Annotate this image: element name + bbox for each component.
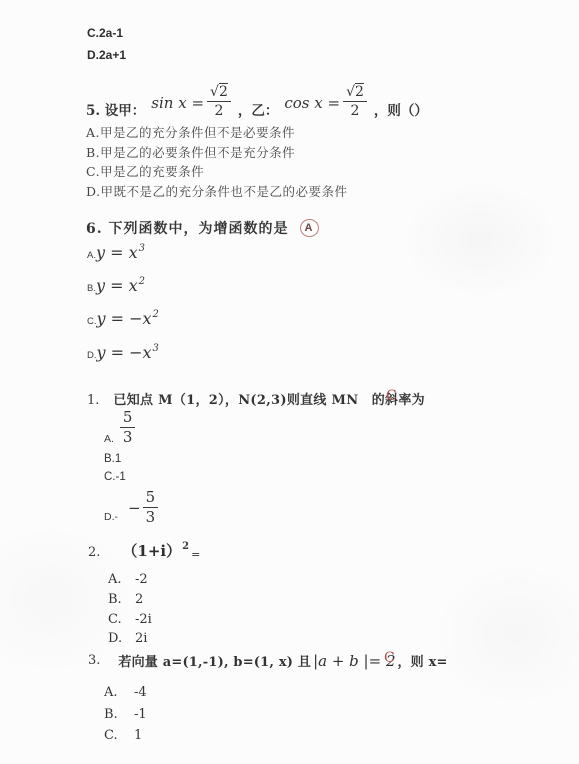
option-label: A. — [104, 433, 114, 445]
option-value: 1 — [134, 728, 142, 743]
q3-number: 3. — [88, 653, 100, 668]
question-5-options: A.甲是乙的充分条件但不是必要条件 B.甲是乙的必要条件但不是充分条件 C.甲是… — [86, 123, 348, 202]
fraction-5-over-3: 5 3 — [120, 410, 136, 445]
exam-paper-page: C.2a-1 D.2a+1 5. 设甲： sin x = √2 2 ，乙： co… — [0, 0, 579, 764]
q6-option-a: A.y = x3 — [87, 243, 145, 262]
option-label: C. — [104, 728, 134, 743]
exponent: 2 — [153, 309, 159, 320]
sqrt-symbol: √ — [346, 85, 355, 99]
q1-handwritten-answer: C — [386, 388, 397, 404]
radicand: 2 — [219, 83, 228, 99]
option-label: D.- — [104, 511, 118, 525]
q5-tail-text: ，则（） — [374, 99, 428, 122]
q5-option-d: D.甲既不是乙的充分条件也不是乙的必要条件 — [86, 182, 348, 202]
fraction-5-over-3: 5 3 — [143, 490, 159, 525]
denominator: 3 — [123, 428, 133, 445]
q2-base-expression: （1+i） — [122, 542, 181, 560]
denominator: 2 — [214, 102, 223, 118]
q5-fraction-sqrt2-over-2: √2 2 — [343, 83, 367, 118]
option-value: -2i — [135, 612, 152, 627]
option-label: C. — [87, 316, 97, 327]
q3-handwritten-answer: C — [384, 650, 395, 666]
option-label: A. — [87, 250, 96, 261]
q5-sin-expression: sin x = — [151, 94, 204, 112]
equals-sign: = — [191, 548, 200, 561]
minus-sign: − — [128, 499, 141, 517]
q2-number: 2. — [88, 545, 100, 560]
q6-circled-answer-mark: A — [300, 219, 319, 237]
q6-option-b: B.y = x2 — [87, 276, 145, 295]
q1-stem-text: 已知点 M（1，2），N(2,3)则直线 MN 的斜率为 — [113, 389, 425, 408]
option-value: -2 — [135, 572, 148, 587]
q5-fraction-sqrt2-over-2: √2 2 — [207, 83, 231, 118]
q5-option-a: A.甲是乙的充分条件但不是必要条件 — [86, 123, 348, 143]
question-5-stem: 5. 设甲： sin x = √2 2 ，乙： cos x = √2 2 ，则（… — [86, 78, 428, 122]
q1-number: 1. — [87, 393, 99, 408]
q5-lead-text: 5. 设甲： — [86, 99, 145, 122]
denominator: 2 — [351, 102, 360, 118]
scan-shading — [430, 560, 579, 710]
q2-option-c: C. -2i — [108, 612, 152, 627]
numerator: 5 — [120, 410, 136, 428]
option-label: A. — [108, 572, 135, 587]
q5-cos-expression: cos x = — [284, 94, 340, 112]
option-value: -4 — [134, 685, 147, 700]
option-value: -1 — [134, 707, 147, 722]
question-1-stem: 1. 已知点 M（1，2），N(2,3)则直线 MN 的斜率为 — [87, 389, 425, 408]
option-formula: y = −x — [97, 309, 152, 328]
q3-stem-pre: 若向量 a=(1,-1), b=(1, x) 且 — [118, 651, 311, 670]
option-value: 2i — [135, 631, 147, 646]
q5-option-b: B.甲是乙的必要条件但不是充分条件 — [86, 143, 348, 163]
q1-option-a: A. 5 3 — [104, 410, 135, 445]
q5-option-c: C.甲是乙的充要条件 — [86, 162, 348, 182]
option-label: D. — [87, 350, 97, 361]
scan-shading — [400, 180, 560, 300]
option-formula: y = x — [96, 276, 138, 295]
q2-option-a: A. -2 — [108, 572, 148, 587]
denominator: 3 — [146, 508, 156, 525]
q6-option-d: D.y = −x3 — [87, 343, 159, 362]
q2-formula: （1+i）2= — [122, 540, 200, 561]
q2-option-b: B. 2 — [108, 592, 143, 607]
exponent: 3 — [153, 343, 159, 354]
option-formula: y = x — [96, 243, 138, 262]
q5-mid-text: ，乙： — [238, 99, 279, 122]
option-label: D. — [108, 631, 135, 646]
option-label: B. — [87, 283, 96, 294]
q1-option-d: D.- − 5 3 — [104, 490, 158, 525]
exponent: 3 — [139, 243, 145, 254]
option-formula: y = −x — [97, 343, 152, 362]
radicand: 2 — [355, 83, 364, 99]
q3-option-b: B. -1 — [104, 707, 147, 722]
q3-option-a: A. -4 — [104, 685, 147, 700]
prev-question-option-c: C.2a-1 — [87, 26, 123, 40]
q6-stem-text: 6. 下列函数中，为增函数的是 — [86, 218, 289, 238]
question-2-stem: 2. （1+i）2= — [88, 540, 200, 561]
sqrt-symbol: √ — [210, 85, 219, 99]
option-label: C. — [108, 612, 135, 627]
exponent: 2 — [139, 276, 145, 287]
question-6-stem: 6. 下列函数中，为增函数的是 A — [86, 218, 319, 238]
numerator: 5 — [143, 490, 159, 508]
option-label: A. — [104, 685, 134, 700]
option-label: B. — [104, 707, 134, 722]
q2-option-d: D. 2i — [108, 631, 147, 646]
option-label: B. — [108, 592, 135, 607]
prev-question-option-d: D.2a+1 — [87, 48, 126, 62]
exponent: 2 — [182, 541, 189, 552]
q3-stem-post: ，则 x= — [397, 651, 447, 670]
q1-option-c: C.-1 — [104, 471, 126, 483]
q3-option-c: C. 1 — [104, 728, 142, 743]
option-value: 2 — [135, 592, 143, 607]
q6-option-c: C.y = −x2 — [87, 309, 159, 328]
q1-option-b: B.1 — [104, 453, 121, 465]
